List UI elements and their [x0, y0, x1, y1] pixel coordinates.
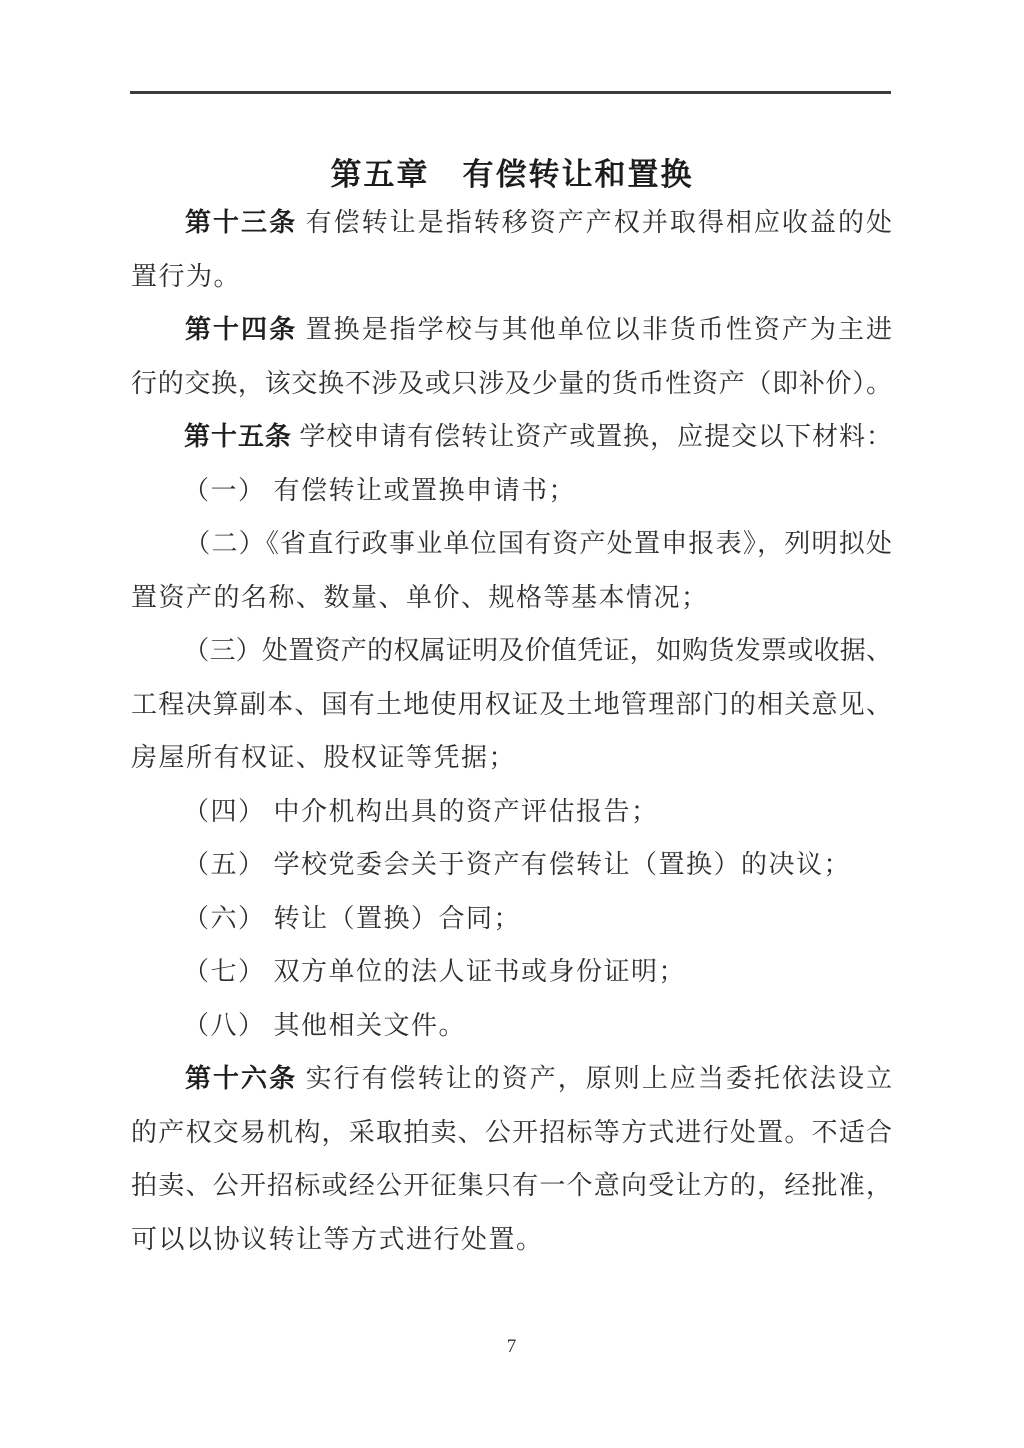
text-run: 实行有偿转让的资产，原则上应当委托依法设立 — [297, 1064, 892, 1093]
text-run: （七） 双方单位的法人证书或身份证明； — [183, 957, 686, 986]
text-run: （一） 有偿转让或置换申请书； — [183, 476, 576, 505]
chapter-title: 第五章 有偿转让和置换 — [0, 149, 1024, 194]
text-run: （八） 其他相关文件。 — [183, 1011, 466, 1040]
document-body: 第十三条 有偿转让是指转移资产产权并取得相应收益的处置行为。第十四条 置换是指学… — [131, 196, 892, 1266]
page-number: 7 — [0, 1336, 1024, 1358]
text-run: （四） 中介机构出具的资产评估报告； — [183, 797, 659, 826]
text-run: 的产权交易机构，采取拍卖、公开招标等方式进行处置。不适合 — [131, 1118, 892, 1147]
text-run: （六） 转让（置换）合同； — [183, 904, 521, 933]
text-line: 置行为。 — [131, 250, 892, 304]
text-run: 可以以协议转让等方式进行处置。 — [131, 1225, 544, 1254]
text-line: 置资产的名称、数量、单价、规格等基本情况； — [131, 571, 892, 625]
article-number: 第十四条 — [183, 315, 297, 344]
text-line: （二）《省直行政事业单位国有资产处置申报表》，列明拟处 — [131, 517, 892, 571]
text-run: （二）《省直行政事业单位国有资产处置申报表》，列明拟处 — [183, 529, 892, 558]
paragraph-indent — [131, 444, 183, 445]
text-line: 可以以协议转让等方式进行处置。 — [131, 1213, 892, 1267]
text-line: 行的交换，该交换不涉及或只涉及少量的货币性资产（即补价）。 — [131, 357, 892, 411]
text-line: 房屋所有权证、股权证等凭据； — [131, 731, 892, 785]
text-line: 第十五条 学校申请有偿转让资产或置换，应提交以下材料： — [131, 410, 892, 464]
text-line: 工程决算副本、国有土地使用权证及土地管理部门的相关意见、 — [131, 678, 892, 732]
text-line: 第十六条 实行有偿转让的资产，原则上应当委托依法设立 — [131, 1052, 892, 1106]
text-line: 第十四条 置换是指学校与其他单位以非货币性资产为主进 — [131, 303, 892, 357]
text-line: 的产权交易机构，采取拍卖、公开招标等方式进行处置。不适合 — [131, 1106, 892, 1160]
text-run: 房屋所有权证、股权证等凭据； — [131, 743, 516, 772]
text-line: 第十三条 有偿转让是指转移资产产权并取得相应收益的处 — [131, 196, 892, 250]
text-line: （八） 其他相关文件。 — [131, 999, 892, 1053]
paragraph-indent — [131, 1086, 183, 1087]
text-line: （七） 双方单位的法人证书或身份证明； — [131, 945, 892, 999]
paragraph-indent — [131, 979, 183, 980]
text-run: （三）处置资产的权属证明及价值凭证，如购货发票或收据、 — [183, 636, 892, 665]
document-page: 第五章 有偿转让和置换 第十三条 有偿转让是指转移资产产权并取得相应收益的处置行… — [0, 0, 1024, 1448]
paragraph-indent — [131, 819, 183, 820]
paragraph-indent — [131, 872, 183, 873]
paragraph-indent — [131, 230, 183, 231]
text-line: （六） 转让（置换）合同； — [131, 892, 892, 946]
paragraph-indent — [131, 337, 183, 338]
article-number: 第十六条 — [183, 1064, 297, 1093]
text-line: （五） 学校党委会关于资产有偿转让（置换）的决议； — [131, 838, 892, 892]
text-run: 拍卖、公开招标或经公开征集只有一个意向受让方的，经批准， — [131, 1171, 892, 1200]
header-rule — [130, 91, 891, 94]
text-line: （三）处置资产的权属证明及价值凭证，如购货发票或收据、 — [131, 624, 892, 678]
paragraph-indent — [131, 498, 183, 499]
paragraph-indent — [131, 926, 183, 927]
text-run: 置行为。 — [131, 262, 241, 291]
text-run: 行的交换，该交换不涉及或只涉及少量的货币性资产（即补价）。 — [131, 369, 892, 398]
text-run: 有偿转让是指转移资产产权并取得相应收益的处 — [297, 208, 892, 237]
text-line: 拍卖、公开招标或经公开征集只有一个意向受让方的，经批准， — [131, 1159, 892, 1213]
paragraph-indent — [131, 551, 183, 552]
paragraph-indent — [131, 1033, 183, 1034]
text-run: 置换是指学校与其他单位以非货币性资产为主进 — [297, 315, 892, 344]
paragraph-indent — [131, 658, 183, 659]
text-run: 置资产的名称、数量、单价、规格等基本情况； — [131, 583, 709, 612]
text-run: （五） 学校党委会关于资产有偿转让（置换）的决议； — [183, 850, 851, 879]
text-line: （四） 中介机构出具的资产评估报告； — [131, 785, 892, 839]
text-run: 工程决算副本、国有土地使用权证及土地管理部门的相关意见、 — [131, 690, 892, 719]
text-run: 学校申请有偿转让资产或置换，应提交以下材料： — [292, 422, 892, 451]
article-number: 第十三条 — [183, 208, 297, 237]
article-number: 第十五条 — [183, 422, 292, 451]
text-line: （一） 有偿转让或置换申请书； — [131, 464, 892, 518]
